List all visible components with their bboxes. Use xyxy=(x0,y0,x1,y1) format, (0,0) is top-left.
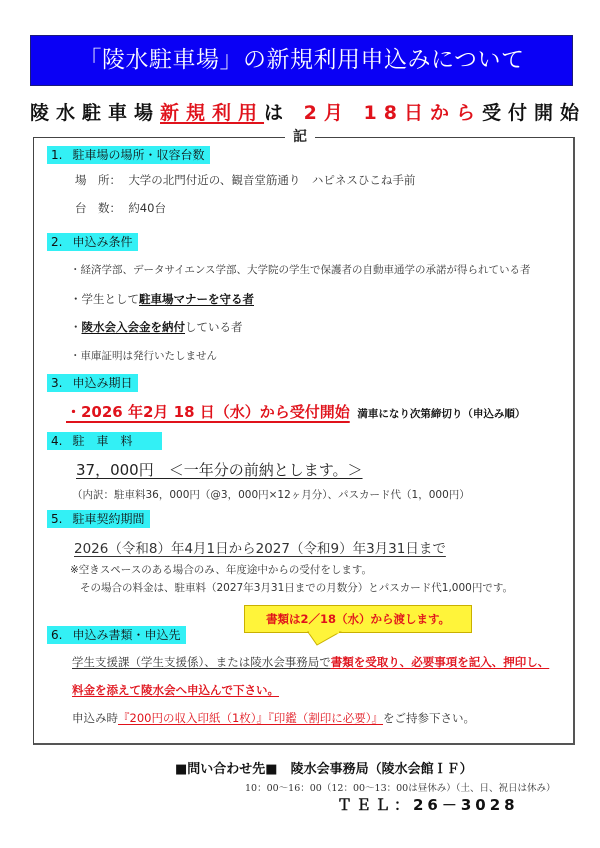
headline: 陵水駐車場新規利用は 2月 18日から受付開始 xyxy=(30,98,573,125)
headline-date: 2月 18日から xyxy=(304,102,482,124)
condition-item: ・学生として駐車場マナーを守る者 xyxy=(70,291,254,307)
headline-part1: 陵水駐車場 xyxy=(30,102,160,124)
callout-tail xyxy=(300,630,340,650)
section-6-heading: 6.申込み書類・申込先 xyxy=(47,626,186,644)
apply-line-2: 料金を添えて陵水会へ申込んで下さい。 xyxy=(72,682,279,698)
callout-documents: 書類は2／18（水）から渡します。 xyxy=(244,605,472,633)
contract-period: 2026（令和8）年4月1日から2027（令和9）年3月31日まで xyxy=(74,537,446,557)
headline-start: 受付開始 xyxy=(482,102,586,124)
telephone: ＴＥＬ：26－3028 xyxy=(337,794,519,815)
section-5-heading: 5.駐車契約期間 xyxy=(47,510,150,528)
office-hours: 10：00～16：00（12：00～13：00は昼休み）（土、日、祝日は休み） xyxy=(245,780,555,794)
section-2-heading: 2.申込み条件 xyxy=(47,233,138,251)
capacity-row: 台 数： 約40台 xyxy=(75,200,166,216)
headline-part3: は xyxy=(264,102,290,124)
fee-breakdown: （内訳：駐車料36，000円（@3，000円×12ヶ月分）、パスカード代（1，0… xyxy=(72,487,470,502)
period-note-1: ※空きスペースのある場合のみ、年度途中からの受付をします。 xyxy=(70,562,372,577)
condition-item: ・車庫証明は発行いたしません xyxy=(70,348,217,363)
headline-new-use: 新規利用 xyxy=(160,102,264,124)
condition-item: ・陵水会入会金を納付している者 xyxy=(70,319,243,335)
contact-heading: ■問い合わせ先■ 陵水会事務局（陵水会館ＩＦ） xyxy=(175,758,473,777)
condition-item: ・経済学部、データサイエンス学部、大学院の学生で保護者の自動車通学の承諾が得られ… xyxy=(70,262,531,277)
section-3-heading: 3.申込み期日 xyxy=(47,374,138,392)
period-note-2: その場合の料金は、駐車料（2027年3月31日までの月数分）とパスカード代1,0… xyxy=(80,580,513,595)
location-row: 場 所： 大学の北門付近の、観音堂筋通り ハピネスひこね手前 xyxy=(75,172,415,188)
ki-label: 記 xyxy=(285,126,315,146)
section-4-heading: 4.駐 車 料 xyxy=(47,432,162,450)
parking-fee: 37，000円 ＜一年分の前納とします。＞ xyxy=(76,459,363,480)
apply-line-1: 学生支援課（学生支援係）、または陵水会事務局で書類を受取り、必要事項を記入、押印… xyxy=(72,654,549,670)
apply-line-3: 申込み時『200円の収入印紙（1枚）』『印鑑（割印に必要）』をご持参下さい。 xyxy=(72,710,475,726)
section-1-heading: 1.駐車場の場所・収容台数 xyxy=(47,146,210,164)
title-banner: 「陵水駐車場」の新規利用申込みについて xyxy=(30,35,573,86)
application-date: ・2026 年2月 18 日（水）から受付開始 満車になり次第締切り（申込み順） xyxy=(66,401,525,422)
